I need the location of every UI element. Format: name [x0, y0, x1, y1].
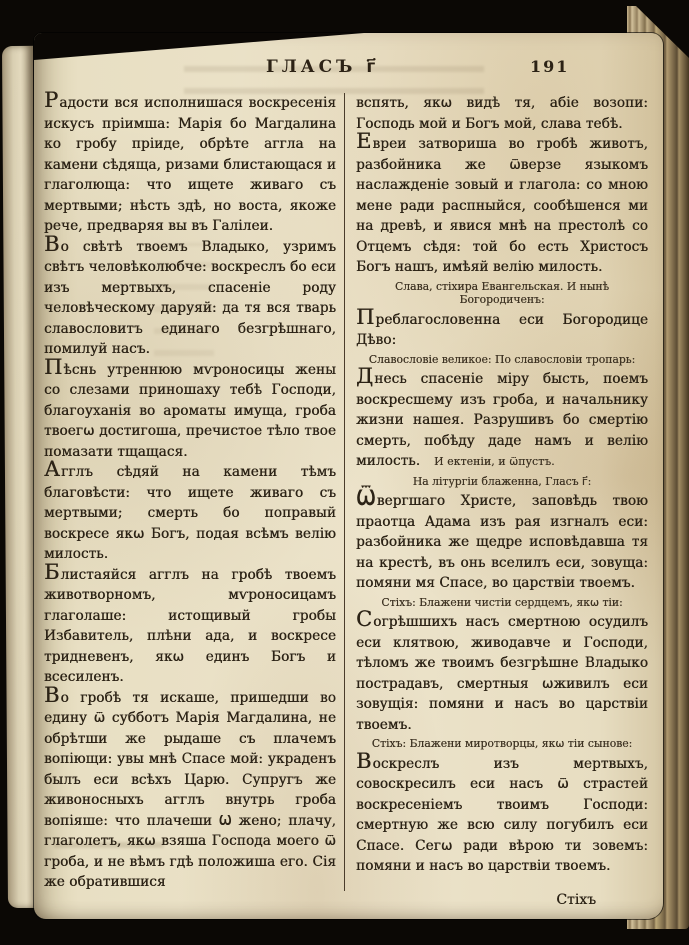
- running-title: ГЛАСЪ г҃: [266, 57, 379, 77]
- rubric: На літургіи блаженна, Гласъ г҃:: [356, 475, 648, 489]
- page-number: 191: [530, 57, 569, 76]
- right-column: вспять, якѡ видѣ тя, абіе возопи: Господ…: [344, 93, 648, 891]
- paragraph: Агглъ сѣдяй на камени тѣмъ благовѣсти: ч…: [44, 462, 336, 565]
- rubric: Слава, стіхира Евангельская. И нынѣ Бого…: [356, 280, 648, 307]
- rubric: Стіхъ: Блажени миротворцы, якѡ тіи сынов…: [356, 737, 648, 751]
- paragraph: Пѣснь утреннюю мѵроносицы жены со слезам…: [44, 360, 336, 463]
- paragraph: Согрѣшшихъ насъ смертною осудилъ еси кля…: [356, 612, 648, 735]
- rubric: Стіхъ: Блажени чистіи сердцемъ, якѡ тіи:: [356, 596, 648, 610]
- left-column: Радости вся исполнишася воскресенія иску…: [44, 93, 344, 891]
- paragraph: Преблагословенна еси Богородице Дѣво:: [356, 310, 648, 351]
- paragraph: Ѿвергшаго Христе, заповѣдь твою праотца …: [356, 491, 648, 594]
- paragraph: Радости вся исполнишася воскресенія иску…: [44, 93, 336, 237]
- rubric: Славословіе великое: По славословіи троп…: [356, 353, 648, 367]
- paragraph-continuation: вспять, якѡ видѣ тя, абіе возопи: Господ…: [356, 93, 648, 134]
- paragraph: Днесь спасеніе міру бысть, поемъ воскрес…: [356, 369, 648, 473]
- paragraph: Воскреслъ изъ мертвыхъ, совоскресилъ еси…: [356, 754, 648, 877]
- page-header: ГЛАСЪ г҃ 191: [44, 55, 647, 83]
- paragraph: Во свѣтѣ твоемъ Владыко, узримъ свѣтъ че…: [44, 237, 336, 360]
- paragraph: Блистаяйся агглъ на гробѣ твоемъ животво…: [44, 565, 336, 688]
- catchword: Стіхъ: [356, 892, 648, 908]
- text-columns: Радости вся исполнишася воскресенія иску…: [44, 93, 648, 891]
- rubric: И ектеніи, и ѿпустъ.: [420, 455, 555, 468]
- paragraph: Евреи затвориша во гробѣ животъ, разбойн…: [356, 134, 648, 278]
- paragraph: Во гробѣ тя искаше, пришедши во едину ѿ …: [44, 688, 336, 893]
- book-page: ГЛАСЪ г҃ 191 Радости вся исполнишася вос…: [34, 33, 663, 919]
